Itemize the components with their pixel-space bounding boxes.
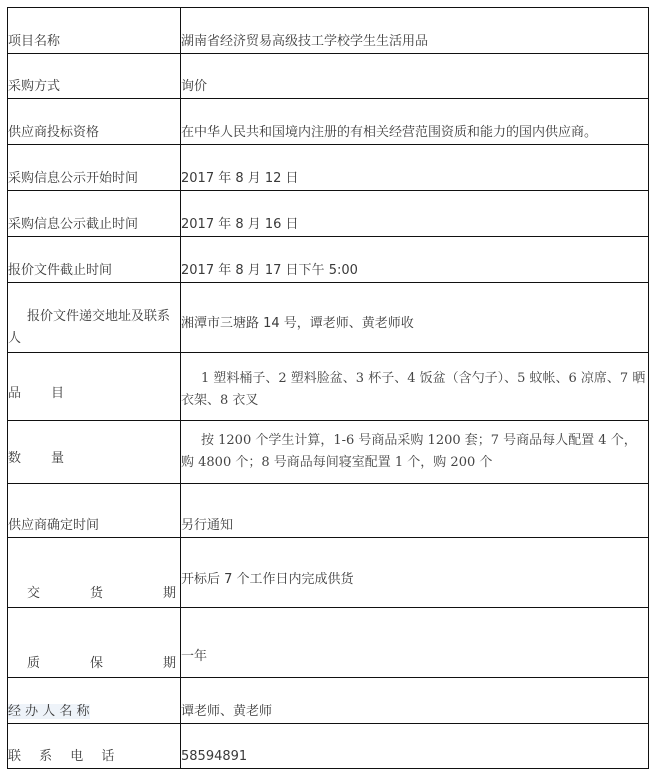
table-row-notice-start: 采购信息公示开始时间 2017 年 8 月 12 日 bbox=[8, 145, 649, 191]
value-quantity: 按 1200 个学生计算，1-6 号商品采购 1200 套；7 号商品每人配置 … bbox=[181, 421, 649, 484]
label-items-char-2: 目 bbox=[51, 386, 64, 401]
table-row-submission-address: 报价文件递交地址及联系人 湘潭市三塘路 14 号，谭老师、黄老师收 bbox=[8, 283, 649, 353]
value-supplier-confirm-time: 另行通知 bbox=[181, 484, 649, 538]
label-supplier-confirm-time: 供应商确定时间 bbox=[8, 484, 181, 538]
label-quote-deadline: 报价文件截止时间 bbox=[8, 237, 181, 283]
label-delivery-char-3: 期 bbox=[163, 586, 176, 601]
label-contact-phone: 联 系 电 话 bbox=[8, 724, 181, 769]
label-quantity-char-1: 数 bbox=[8, 451, 21, 466]
label-notice-start: 采购信息公示开始时间 bbox=[8, 145, 181, 191]
table-row-project-name: 项目名称 湖南省经济贸易高级技工学校学生生活用品 bbox=[8, 8, 649, 54]
table-row-items: 品目 1 塑料桶子、2 塑料脸盆、3 杯子、4 饭盆（含勺子）、5 蚊帐、6 凉… bbox=[8, 353, 649, 421]
label-delivery-period: 交货期 bbox=[8, 538, 181, 608]
label-notice-end: 采购信息公示截止时间 bbox=[8, 191, 181, 237]
label-submission-address: 报价文件递交地址及联系人 bbox=[8, 283, 181, 353]
value-delivery-period: 开标后 7 个工作日内完成供货 bbox=[181, 538, 649, 608]
procurement-info-table: 项目名称 湖南省经济贸易高级技工学校学生生活用品 采购方式 询价 供应商投标资格… bbox=[7, 7, 649, 769]
label-delivery-char-2: 货 bbox=[90, 586, 103, 601]
table-row-notice-end: 采购信息公示截止时间 2017 年 8 月 16 日 bbox=[8, 191, 649, 237]
table-row-procurement-method: 采购方式 询价 bbox=[8, 54, 649, 99]
label-warranty: 质保期 bbox=[8, 608, 181, 678]
value-handler-name: 谭老师、黄老师 bbox=[181, 678, 649, 724]
value-submission-address: 湘潭市三塘路 14 号，谭老师、黄老师收 bbox=[181, 283, 649, 353]
table-row-supplier-qualification: 供应商投标资格 在中华人民共和国境内注册的有相关经营范围资质和能力的国内供应商。 bbox=[8, 99, 649, 145]
label-warranty-char-2: 保 bbox=[90, 656, 103, 671]
table-row-quantity: 数量 按 1200 个学生计算，1-6 号商品采购 1200 套；7 号商品每人… bbox=[8, 421, 649, 484]
value-project-name: 湖南省经济贸易高级技工学校学生生活用品 bbox=[181, 8, 649, 54]
label-items: 品目 bbox=[8, 353, 181, 421]
table-row-supplier-confirm-time: 供应商确定时间 另行通知 bbox=[8, 484, 649, 538]
value-contact-phone: 58594891 bbox=[181, 724, 649, 769]
label-supplier-qualification: 供应商投标资格 bbox=[8, 99, 181, 145]
label-handler-name: 经 办 人 名 称 bbox=[8, 678, 181, 724]
label-quantity: 数量 bbox=[8, 421, 181, 484]
value-items: 1 塑料桶子、2 塑料脸盆、3 杯子、4 饭盆（含勺子）、5 蚊帐、6 凉席、7… bbox=[181, 353, 649, 421]
value-notice-start: 2017 年 8 月 12 日 bbox=[181, 145, 649, 191]
table-row-quote-deadline: 报价文件截止时间 2017 年 8 月 17 日下午 5:00 bbox=[8, 237, 649, 283]
value-warranty: 一年 bbox=[181, 608, 649, 678]
table-row-contact-phone: 联 系 电 话 58594891 bbox=[8, 724, 649, 769]
label-handler-name-text: 经 办 人 名 称 bbox=[8, 704, 90, 719]
table-row-warranty: 质保期 一年 bbox=[8, 608, 649, 678]
label-warranty-char-1: 质 bbox=[27, 656, 40, 671]
value-procurement-method: 询价 bbox=[181, 54, 649, 99]
label-items-char-1: 品 bbox=[8, 386, 21, 401]
value-supplier-qualification: 在中华人民共和国境内注册的有相关经营范围资质和能力的国内供应商。 bbox=[181, 99, 649, 145]
label-warranty-char-3: 期 bbox=[163, 656, 176, 671]
value-quote-deadline: 2017 年 8 月 17 日下午 5:00 bbox=[181, 237, 649, 283]
label-procurement-method: 采购方式 bbox=[8, 54, 181, 99]
table-row-delivery-period: 交货期 开标后 7 个工作日内完成供货 bbox=[8, 538, 649, 608]
label-delivery-char-1: 交 bbox=[27, 586, 40, 601]
label-project-name: 项目名称 bbox=[8, 8, 181, 54]
label-quantity-char-2: 量 bbox=[51, 451, 64, 466]
value-notice-end: 2017 年 8 月 16 日 bbox=[181, 191, 649, 237]
table-row-handler-name: 经 办 人 名 称 谭老师、黄老师 bbox=[8, 678, 649, 724]
